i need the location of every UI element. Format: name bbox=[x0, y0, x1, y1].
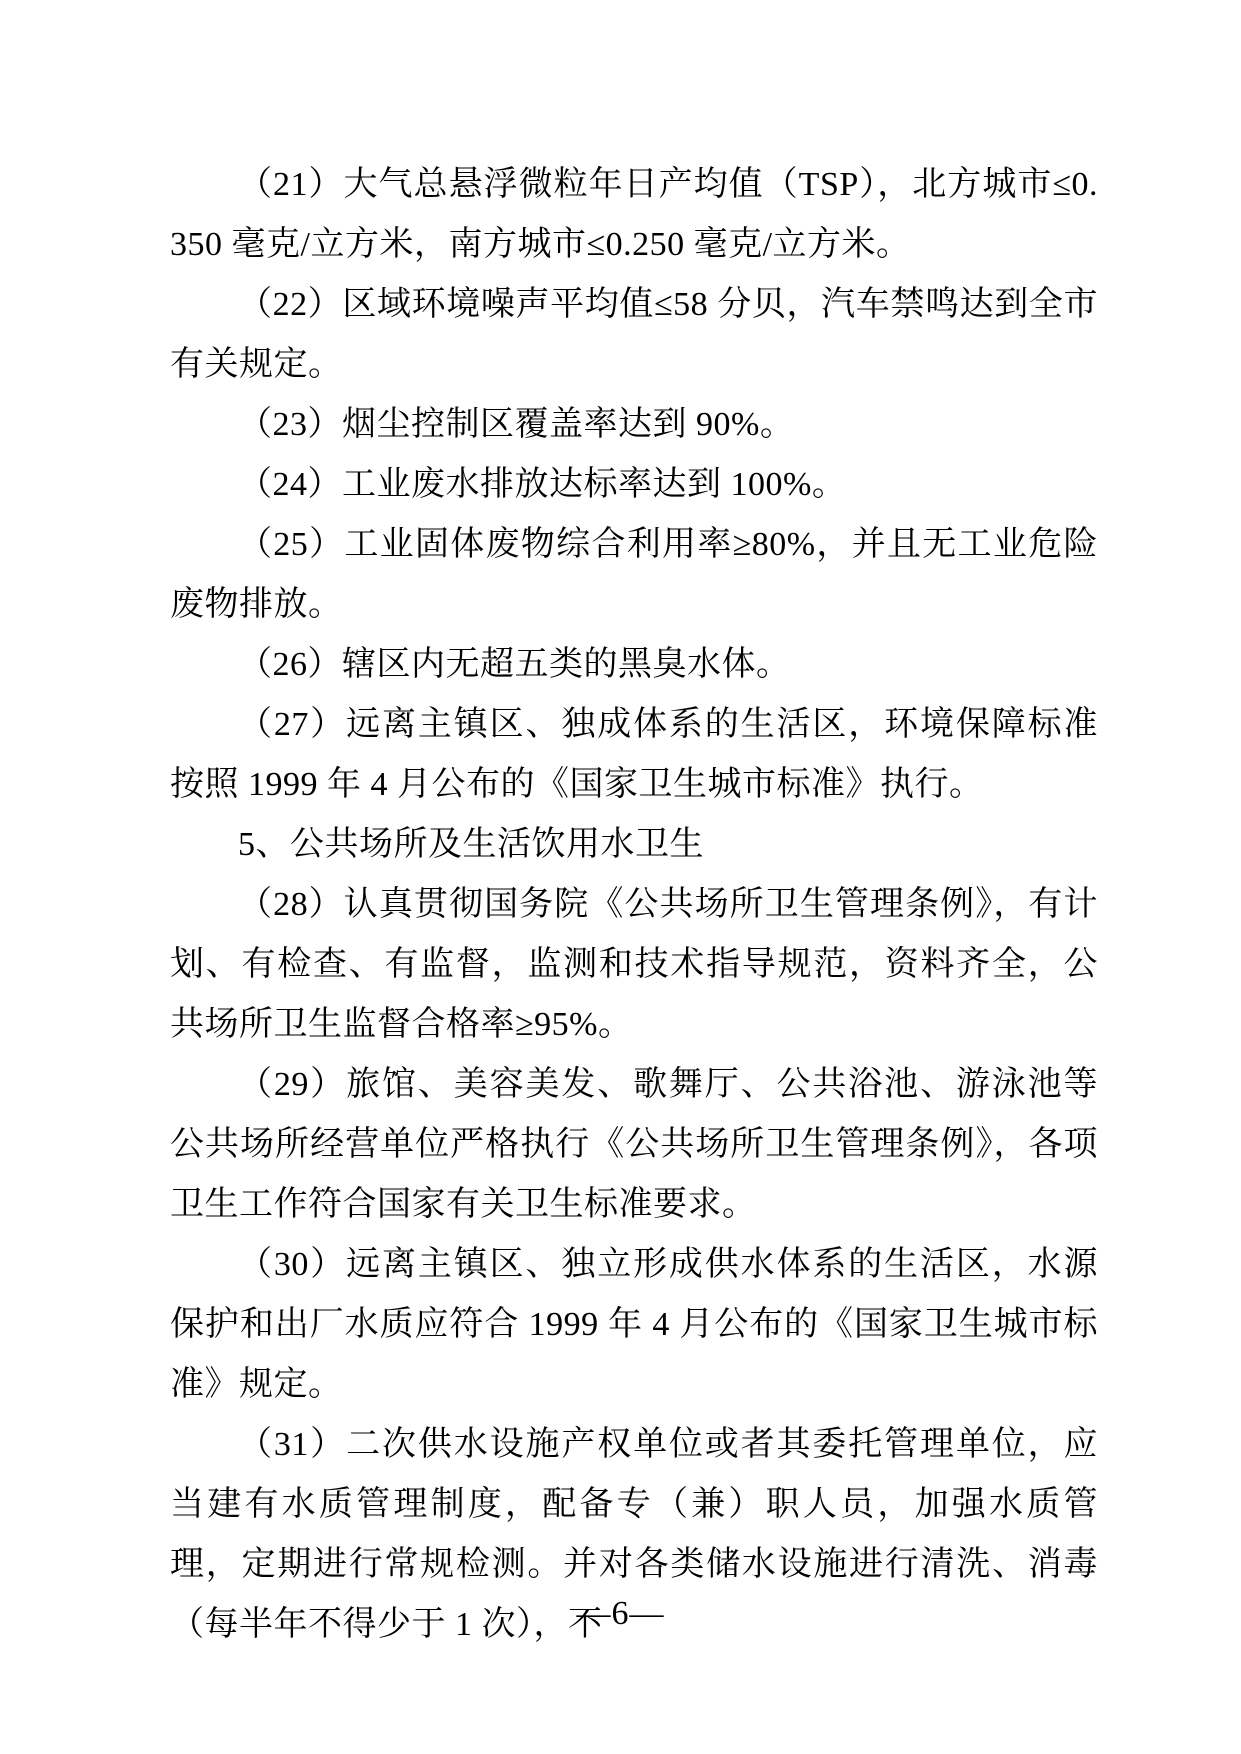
paragraph-item-30: （30）远离主镇区、独立形成供水体系的生活区，水源保护和出厂水质应符合 1999… bbox=[170, 1235, 1098, 1415]
paragraph-item-26: （26）辖区内无超五类的黑臭水体。 bbox=[170, 635, 1098, 695]
document-page: （21）大气总悬浮微粒年日产均值（TSP），北方城市≤0.350 毫克/立方米，… bbox=[0, 0, 1241, 1754]
section-heading-5: 5、公共场所及生活饮用水卫生 bbox=[170, 815, 1098, 875]
paragraph-item-22: （22）区域环境噪声平均值≤58 分贝，汽车禁鸣达到全市有关规定。 bbox=[170, 275, 1098, 395]
paragraph-item-25: （25）工业固体废物综合利用率≥80%，并且无工业危险废物排放。 bbox=[170, 515, 1098, 635]
paragraph-item-21: （21）大气总悬浮微粒年日产均值（TSP），北方城市≤0.350 毫克/立方米，… bbox=[170, 155, 1098, 275]
paragraph-item-28: （28）认真贯彻国务院《公共场所卫生管理条例》，有计划、有检查、有监督，监测和技… bbox=[170, 875, 1098, 1055]
document-body: （21）大气总悬浮微粒年日产均值（TSP），北方城市≤0.350 毫克/立方米，… bbox=[170, 155, 1098, 1655]
paragraph-item-27: （27）远离主镇区、独成体系的生活区，环境保障标准按照 1999 年 4 月公布… bbox=[170, 695, 1098, 815]
paragraph-item-29: （29）旅馆、美容美发、歌舞厅、公共浴池、游泳池等公共场所经营单位严格执行《公共… bbox=[170, 1055, 1098, 1235]
page-footer: —6— bbox=[0, 1592, 1241, 1636]
paragraph-item-23: （23）烟尘控制区覆盖率达到 90%。 bbox=[170, 395, 1098, 455]
paragraph-item-24: （24）工业废水排放达标率达到 100%。 bbox=[170, 455, 1098, 515]
page-number: —6— bbox=[577, 1595, 665, 1632]
